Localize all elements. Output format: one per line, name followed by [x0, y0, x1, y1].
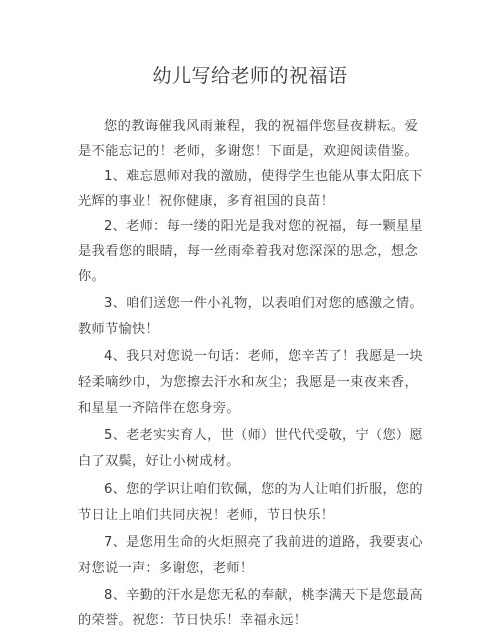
paragraph-line: 你。: [78, 268, 418, 286]
paragraph-line: 对您说一声：多谢您，老师！: [78, 560, 418, 578]
paragraph-line: 轻柔嘀纱巾，为您擦去汗水和灰尘；我愿是一束夜来香，: [78, 374, 418, 392]
paragraph-line: 是不能忘记的！老师，多谢您！下面是，欢迎阅读借鉴。: [78, 143, 418, 161]
paragraph-line: 1、难忘恩师对我的激励，使得学生也能从事太阳底下: [104, 168, 418, 186]
paragraph-line: 2、老师：每一缕的阳光是我对您的祝福，每一颗星星: [104, 218, 418, 236]
paragraph-line: 4、我只对您说一句话：老师，您辛苦了！我愿是一块: [104, 348, 418, 366]
document-page: 幼儿写给老师的祝福语 您的教诲催我风雨兼程，我的祝福伴您昼夜耕耘。爱 是不能忘记…: [0, 0, 500, 637]
paragraph-line: 的荣誉。祝您：节日快乐！幸福永远！: [78, 612, 418, 630]
paragraph-line: 节日让上咱们共同庆祝！老师，节日快乐！: [78, 507, 418, 525]
paragraph-line: 7、是您用生命的火炬照亮了我前进的道路，我要衷心: [104, 534, 418, 552]
document-title: 幼儿写给老师的祝福语: [0, 61, 500, 88]
paragraph-line: 您的教诲催我风雨兼程，我的祝福伴您昼夜耕耘。爱: [104, 118, 418, 136]
paragraph-line: 光辉的事业！祝你健康，多育祖国的良苗！: [78, 193, 418, 211]
paragraph-line: 是我看您的眼睛，每一丝雨牵着我对您深深的思念，想念: [78, 243, 418, 261]
paragraph-line: 白了双鬓，好让小树成材。: [78, 453, 418, 471]
paragraph-line: 教师节愉快！: [78, 321, 418, 339]
paragraph-line: 6、您的学识让咱们钦佩，您的为人让咱们折服，您的: [104, 481, 418, 499]
paragraph-line: 3、咱们送您一件小礼物，以表咱们对您的感激之情。: [104, 295, 418, 313]
paragraph-line: 5、老老实实育人，世（师）世代代受敬，宁（您）愿: [104, 427, 418, 445]
paragraph-line: 8、辛勤的汗水是您无私的奉献，桃李满天下是您最高: [104, 587, 418, 605]
paragraph-line: 和星星一齐陪伴在您身旁。: [78, 400, 418, 418]
